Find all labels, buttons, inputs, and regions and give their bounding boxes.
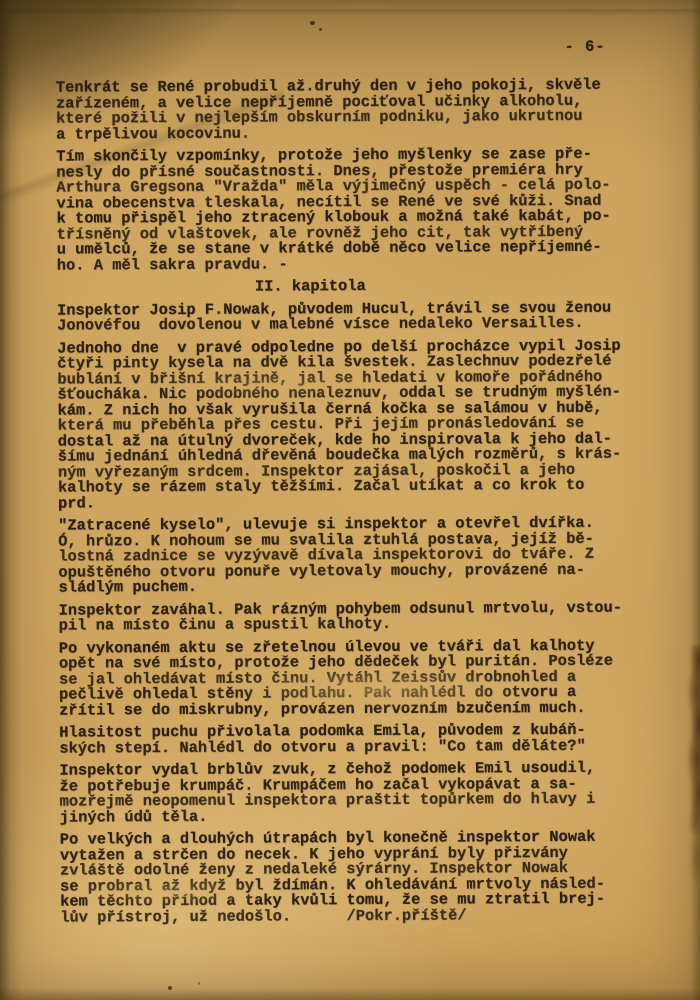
- text-line: ských stepí. Nahlédl do otvoru a pravil:…: [59, 738, 622, 756]
- page-content: - 6- Tenkrát se René probudil až.druhý d…: [0, 0, 700, 1000]
- text-line: opuštěného otvoru ponuře vyletovaly mouc…: [58, 562, 621, 580]
- text-line: se probral až když byl ždímán. K ohledáv…: [60, 876, 623, 894]
- paragraph: Hlasitost puchu přivolala podomka Emila,…: [59, 723, 623, 757]
- paragraph: Po velkých a dlouhých útrapách byl koneč…: [60, 830, 624, 926]
- chapter-heading: II. kapitola: [255, 278, 620, 295]
- page-number: - 6-: [565, 39, 606, 55]
- paragraph: Po vykonaném aktu se zřetelnou úlevou ve…: [59, 638, 623, 718]
- paragraph: Tenkrát se René probudil až.druhý den v …: [56, 78, 620, 143]
- text-line: třísněný od vlaštovek, ale rovněž jeho c…: [57, 224, 620, 242]
- text-line: Jonovéfou dovolenou v malebné vísce neda…: [57, 316, 620, 334]
- text-line: která mu přeběhla přes cestu. Při jejím …: [58, 416, 621, 434]
- paragraph: Tím skončily vzpomínky, protože jeho myš…: [56, 147, 620, 274]
- typewritten-text: Tenkrát se René probudil až.druhý den v …: [56, 78, 624, 933]
- text-line: šťoucháka. Nic podobného nenaleznuv, odd…: [57, 385, 620, 403]
- photographed-manuscript-page: - 6- Tenkrát se René probudil až.druhý d…: [0, 0, 700, 1000]
- text-line: pil na místo činu a spustil kalhoty.: [59, 616, 622, 634]
- paragraph: "Zatracené kyselo", ulevuje si inspektor…: [58, 516, 622, 596]
- text-line: jiných údů těla.: [60, 807, 623, 825]
- text-line: lův přístroj, už nedošlo. /Pokr.příště/: [60, 907, 623, 925]
- text-line: pečlivě ohledal stěny i podlahu. Pak nah…: [59, 685, 622, 703]
- text-line: II. kapitola: [255, 278, 620, 295]
- text-line: kalhoty se rázem staly těžšími. Začal ut…: [58, 478, 621, 496]
- text-line: vina obecenstva tleskala, necítil se Ren…: [56, 193, 619, 211]
- paragraph: Jednoho dne v pravé odpoledne po delší p…: [57, 338, 621, 511]
- paragraph: Inspektor vydal brblův zvuk, z čehož pod…: [59, 761, 623, 826]
- paragraph: Inspektor Josip F.Nowak, původem Hucul, …: [57, 300, 621, 334]
- text-line: a trpělivou kocovinu.: [56, 124, 619, 142]
- text-line: ho. A měl sakra pravdu. -: [57, 255, 620, 273]
- paragraph: Inspektor zaváhal. Pak rázným pohybem od…: [59, 600, 623, 634]
